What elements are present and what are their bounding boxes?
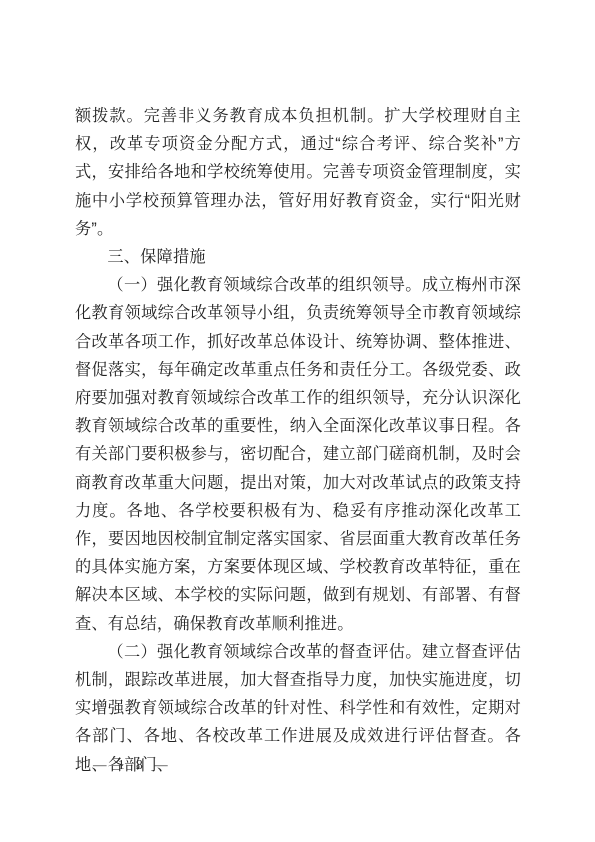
paragraph-item-1: （一）强化教育领域综合改革的组织领导。成立梅州市深化教育领域综合改革领导小组，负… xyxy=(75,271,521,638)
section-heading: 三、保障措施 xyxy=(75,243,521,271)
paragraph-continuation: 额拨款。完善非义务教育成本负担机制。扩大学校理财自主权，改革专项资金分配方式，通… xyxy=(75,102,521,243)
document-page: 额拨款。完善非义务教育成本负担机制。扩大学校理财自主权，改革专项资金分配方式，通… xyxy=(0,0,595,842)
document-body: 额拨款。完善非义务教育成本负担机制。扩大学校理财自主权，改革专项资金分配方式，通… xyxy=(75,102,521,779)
page-number: — 1 8 — xyxy=(93,757,172,773)
